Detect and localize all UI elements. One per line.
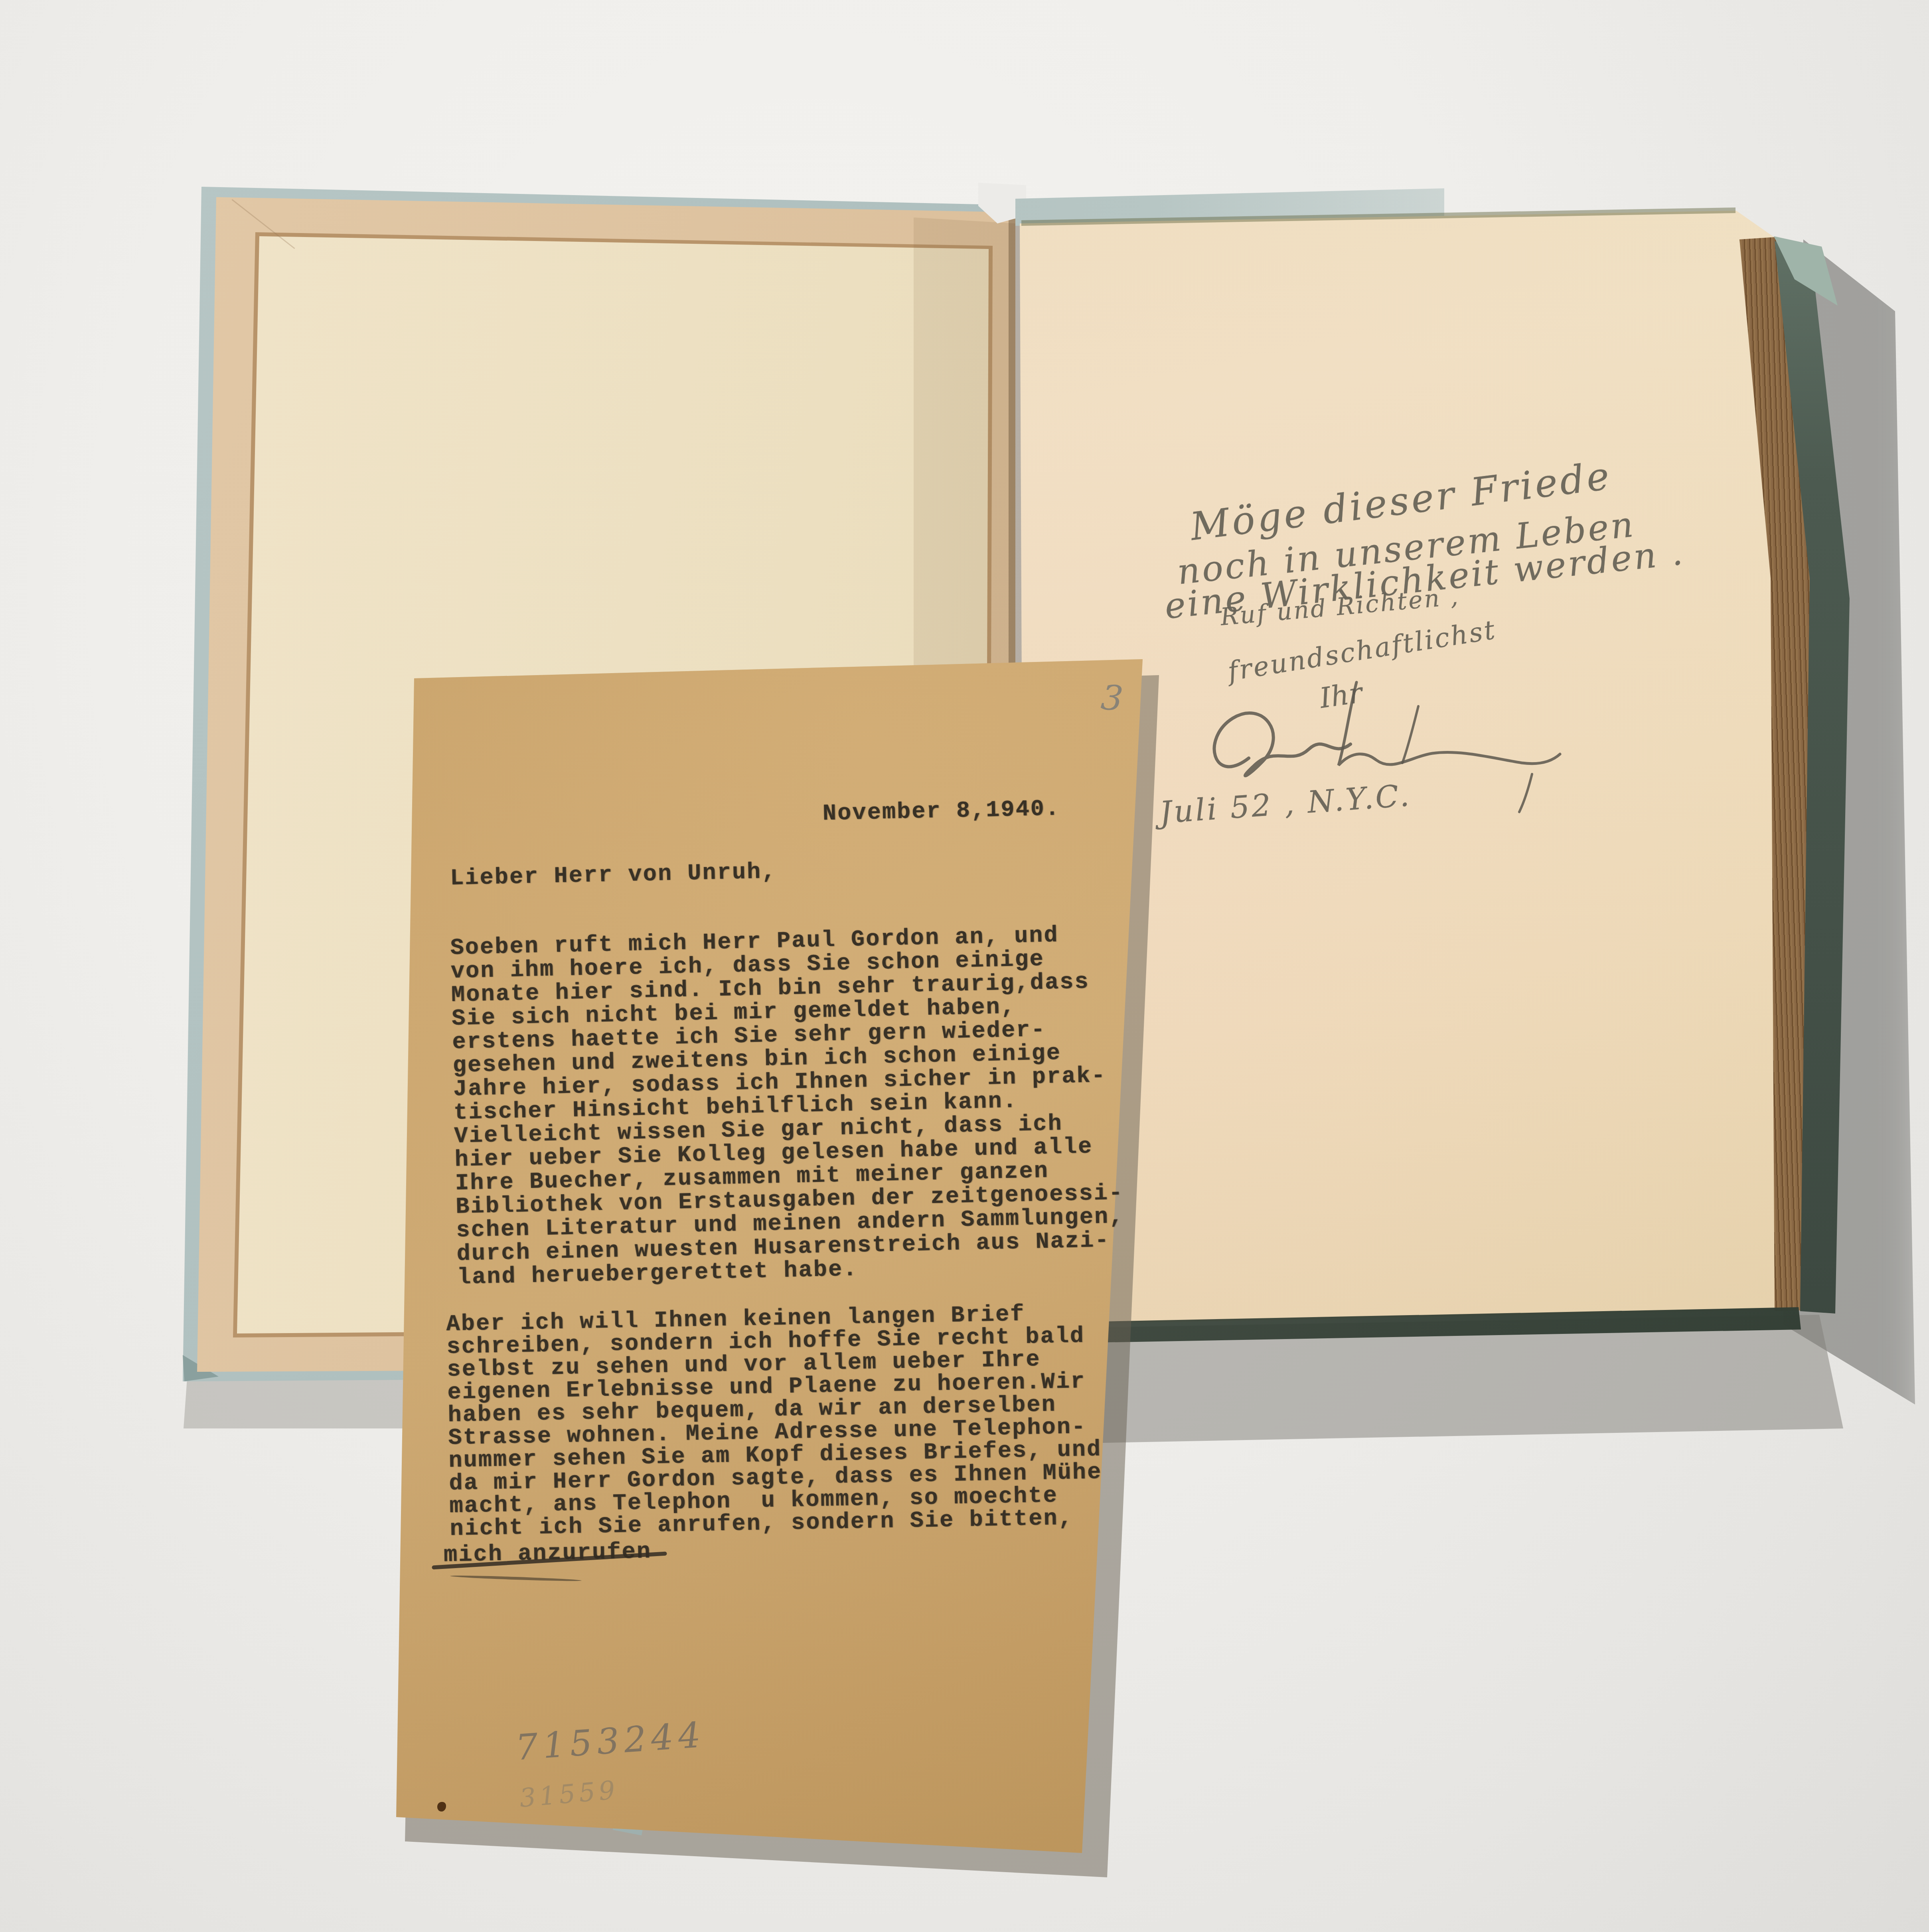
pencil-page-number: 3 xyxy=(1100,678,1125,719)
letter-paragraph-2: Aber ich will Ihnen keinen langen Briefs… xyxy=(446,1302,1103,1541)
photo-of-book-and-letter: Möge dieser Friede noch in unserem Leben… xyxy=(0,0,1929,1932)
letter-paragraph-1: Soeben ruft mich Herr Paul Gordon an, un… xyxy=(450,923,1125,1290)
letter-date: November 8,1940. xyxy=(822,796,1060,827)
